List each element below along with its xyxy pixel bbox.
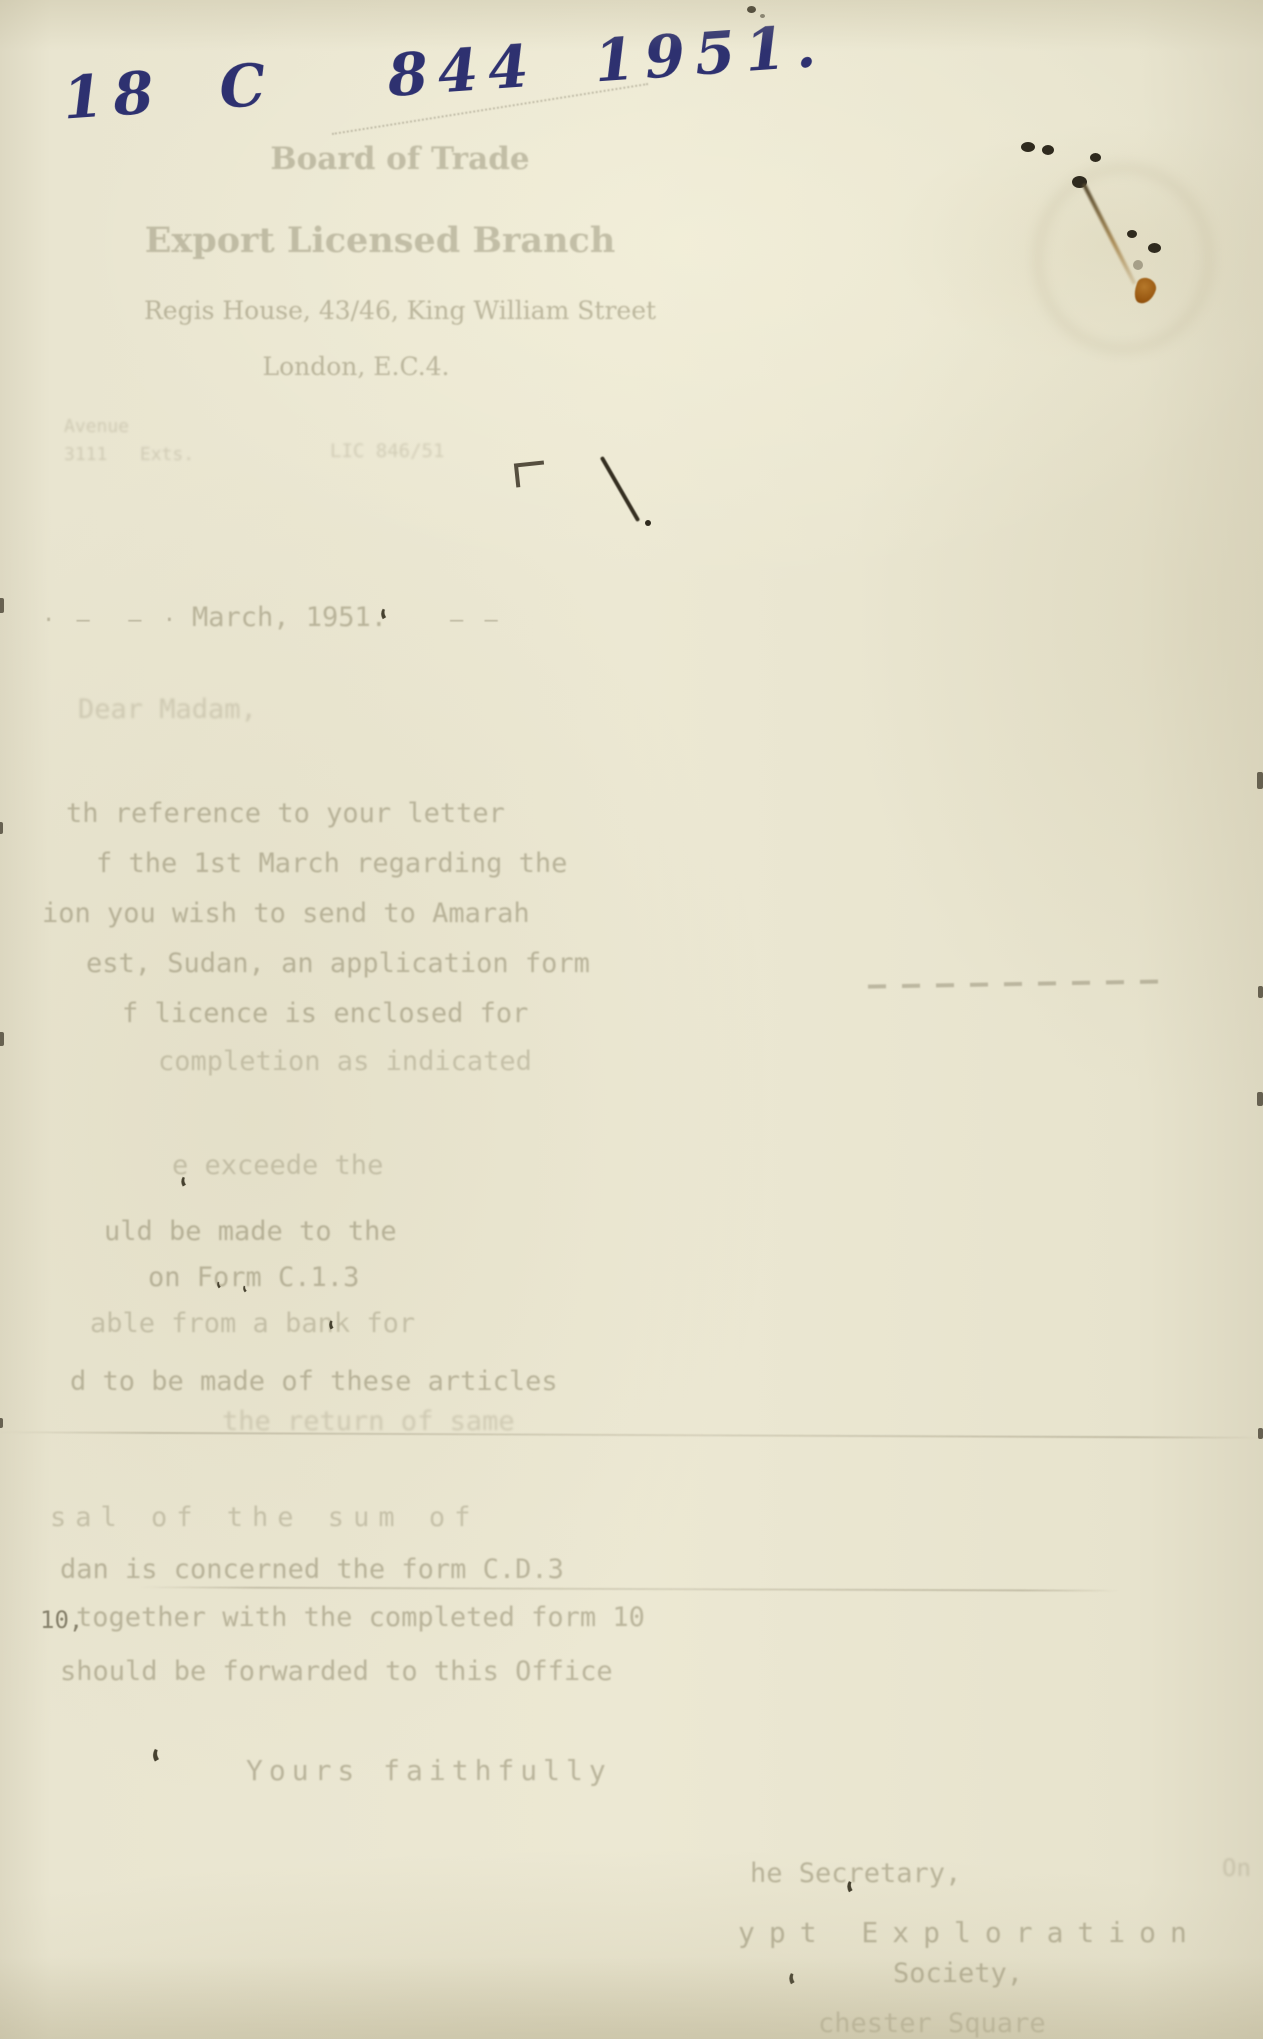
body-line: should be forwarded to this Office [60, 1656, 613, 1687]
body-line: e exceede the [172, 1150, 383, 1181]
pen-gamma-mark [514, 460, 546, 487]
body-line: f licence is enclosed for [122, 998, 528, 1029]
crease-dashes-right: — – [450, 608, 502, 633]
ink-speck [1090, 153, 1101, 162]
pen-slash-mark [600, 456, 640, 522]
ink-speck [1042, 145, 1054, 155]
body-line: d to be made of these articles [70, 1366, 558, 1397]
ink-speck [747, 6, 756, 13]
date-line: March, 1951. [192, 602, 387, 633]
edge-mark [0, 1032, 4, 1046]
ink-speck [1148, 243, 1161, 253]
paper-crease [140, 1586, 1120, 1591]
body-line: dan is concerned the form C.D.3 [60, 1554, 564, 1585]
footer-line: chester Square [818, 2008, 1046, 2039]
edge-mark [1257, 772, 1263, 789]
paper-crease [0, 1431, 1263, 1439]
letterhead-phone-exchange: Avenue [64, 416, 129, 437]
edge-mark [1258, 1428, 1263, 1439]
letterhead-reference: LIC 846/51 [330, 440, 444, 462]
footer-corner-fragment: On [1222, 1854, 1251, 1882]
edge-mark [1258, 986, 1263, 998]
ink-speck [645, 520, 651, 526]
edge-mark [0, 822, 3, 834]
body-line: ion you wish to send to Amarah [42, 898, 530, 929]
letterhead-branch: Export Licensed Branch [60, 220, 700, 261]
letterhead-address: Regis House, 43/46, King William Street [30, 296, 770, 325]
footer-line: ypt Exploration [738, 1916, 1201, 1949]
body-line: together with the completed form 10 [76, 1602, 645, 1633]
body-line: on Form C.1.3 [148, 1262, 359, 1293]
margin-fragment: 10, [40, 1606, 83, 1634]
letterhead-city: London, E.C.4. [40, 352, 672, 381]
gray-speck [1133, 260, 1143, 270]
edge-mark [1257, 1092, 1263, 1106]
body-line: th reference to your letter [66, 798, 505, 829]
body-line: uld be made to the [104, 1216, 397, 1247]
closing: Yours faithfully [246, 1754, 612, 1787]
body-line: est, Sudan, an application form [86, 948, 590, 979]
footer-line: Society, [893, 1958, 1023, 1989]
ink-speck [760, 14, 765, 18]
body-line: completion as indicated [158, 1046, 532, 1077]
ink-curl-mark: , [146, 1747, 173, 1782]
edge-mark [0, 598, 4, 613]
letterhead-phone-line: 3111 Exts. [64, 444, 194, 465]
edge-mark [0, 1418, 3, 1428]
crease-dashed [868, 979, 1168, 988]
scanned-letter-verso: 18 C 844 1951. Board of Trade Export Lic… [0, 0, 1263, 2039]
ink-speck [1021, 142, 1035, 152]
body-line: f the 1st March regarding the [96, 848, 567, 879]
ink-speck [1127, 230, 1137, 238]
letterhead-org: Board of Trade [150, 141, 650, 177]
footer-line: he Secretary, [750, 1858, 961, 1889]
body-line: sal of the sum of [50, 1502, 479, 1533]
body-line: able from a bank for [90, 1308, 415, 1339]
crease-dashes-left: · — – · [42, 608, 180, 633]
salutation: Dear Madam, [78, 694, 257, 725]
ink-curl-mark: , [783, 1971, 807, 2002]
